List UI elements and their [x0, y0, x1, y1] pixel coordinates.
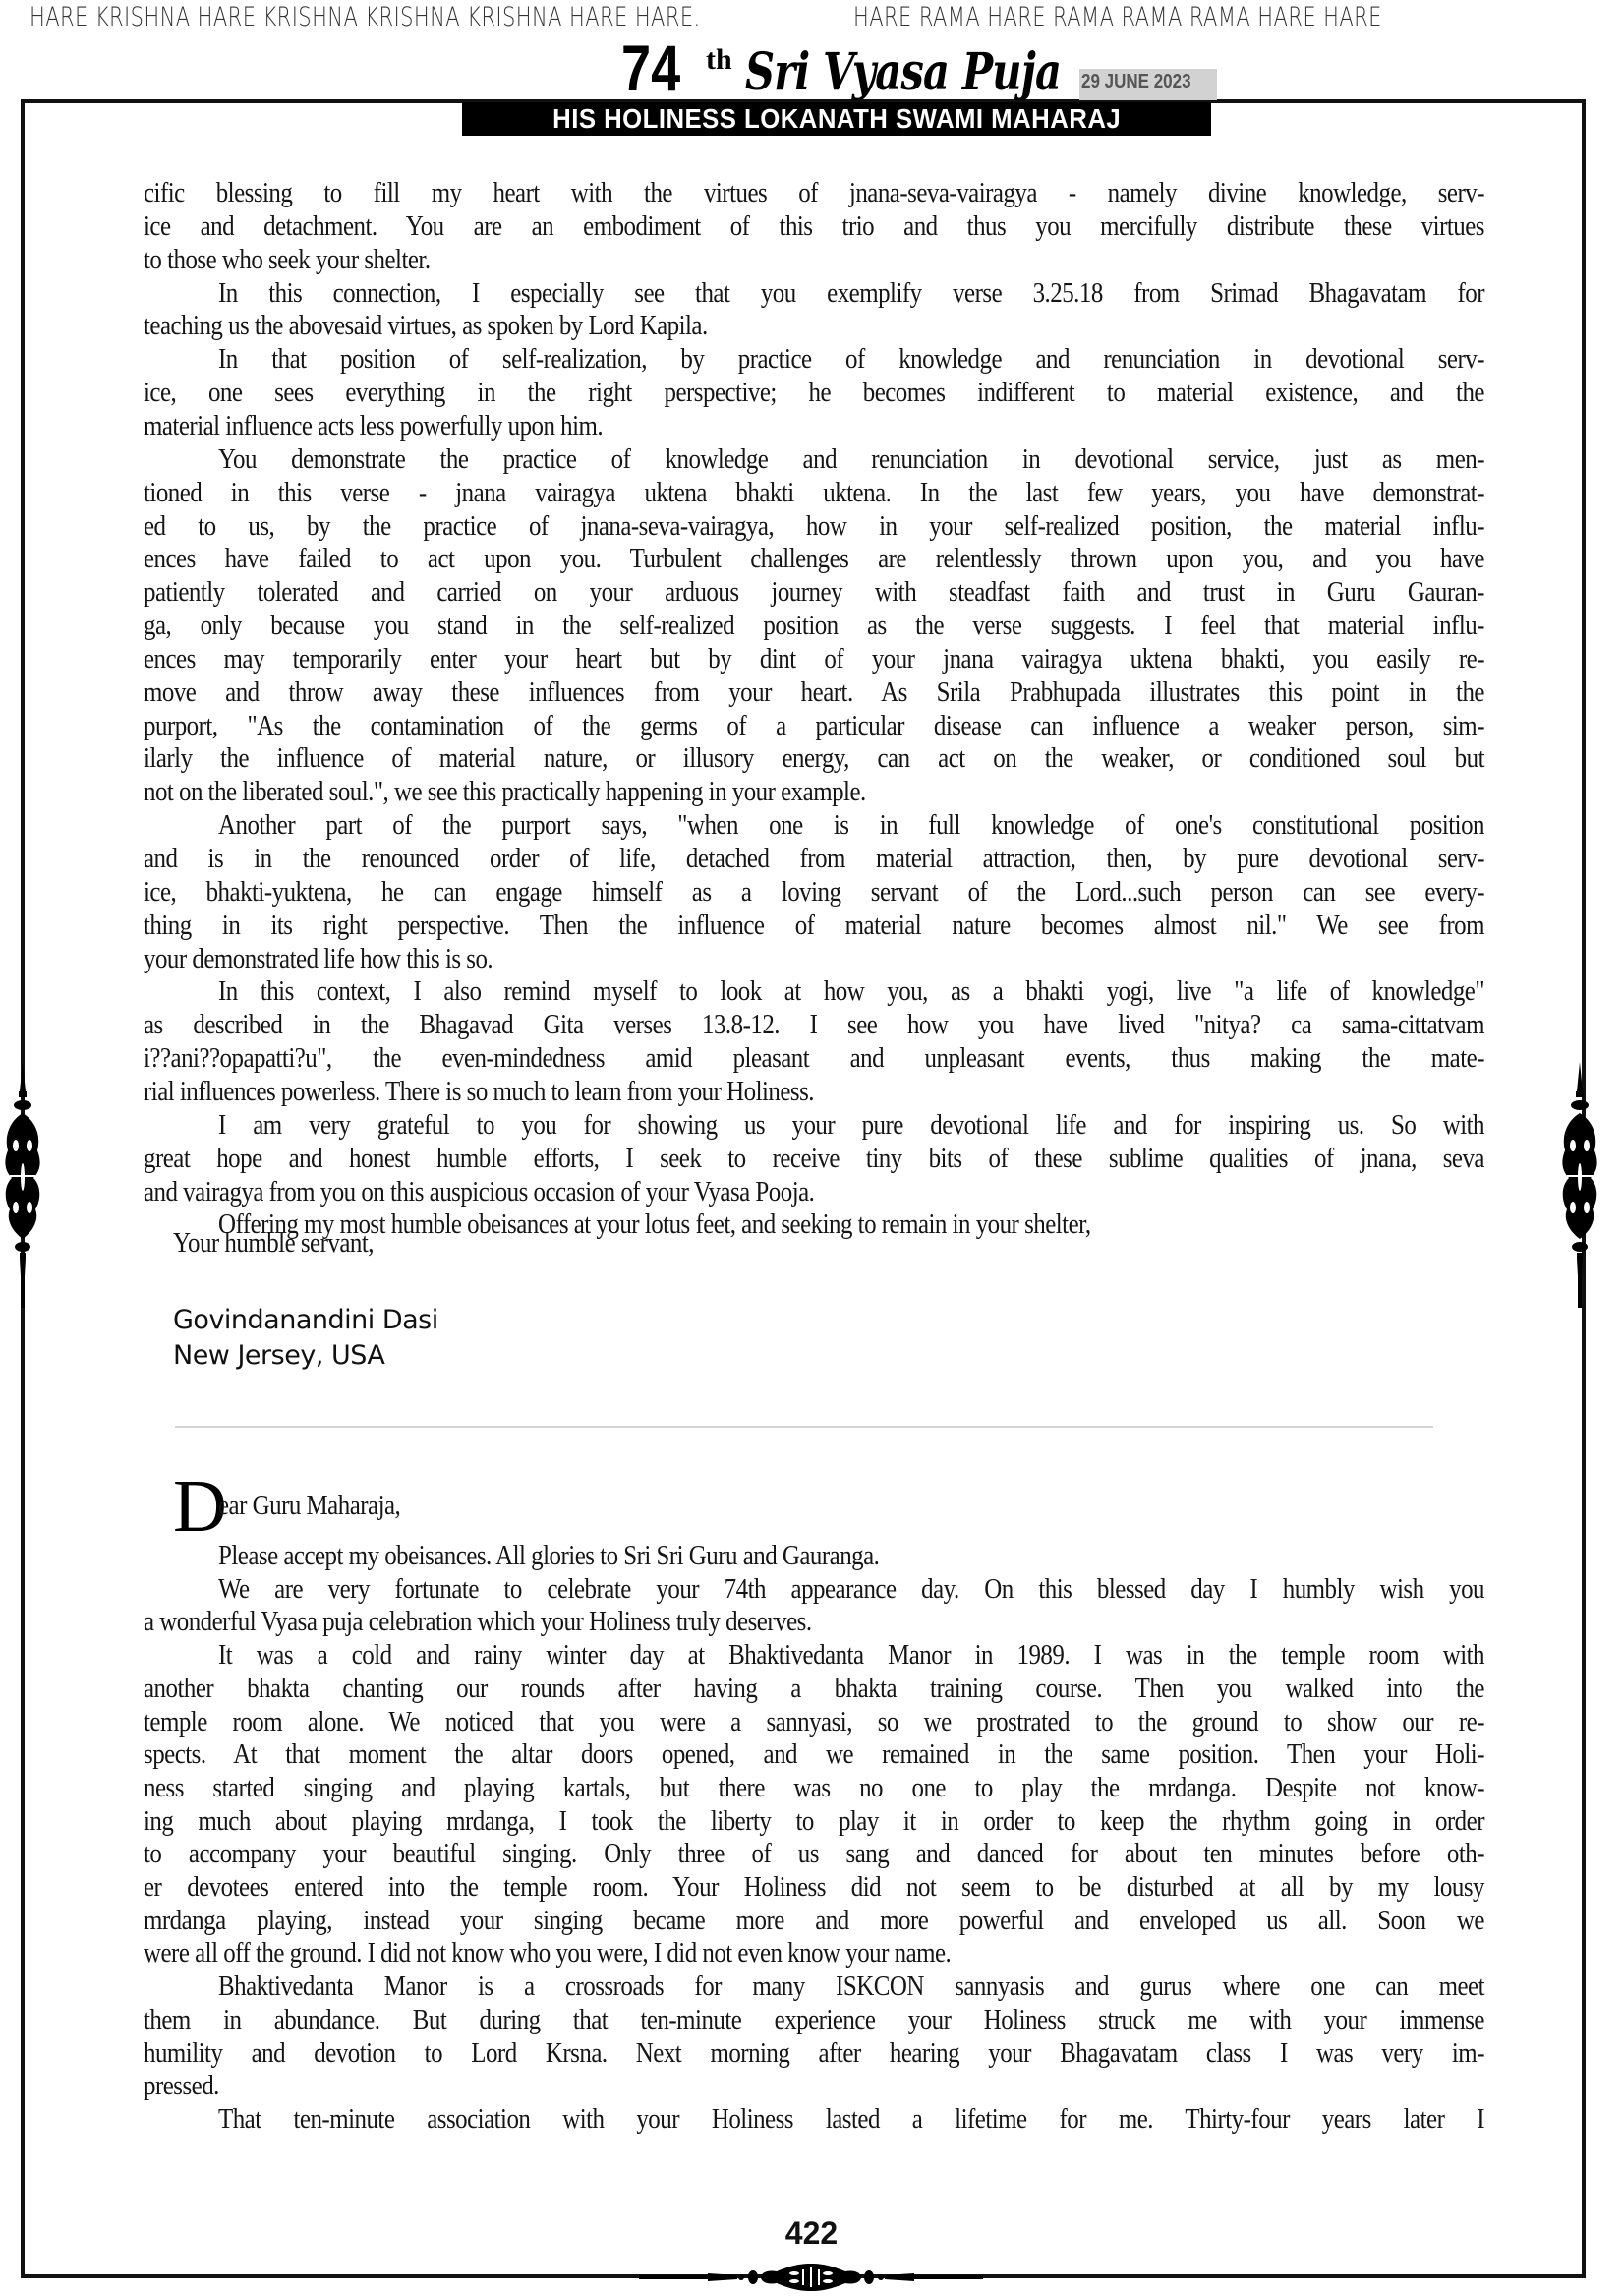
text-line-content: and is in the renounced order of life, d… — [144, 843, 1484, 875]
text-line-content: material influence acts less powerfully … — [144, 410, 603, 442]
text-line-content: Another part of the purport says, "when … — [218, 809, 1484, 842]
text-line: material influence acts less powerfully … — [144, 410, 1484, 443]
text-line: I am very grateful to you for showing us… — [218, 1109, 1484, 1143]
text-line-content: as described in the Bhagavad Gita verses… — [144, 1009, 1484, 1041]
text-line: them in abundance. But during that ten-m… — [144, 2004, 1484, 2037]
text-line-content: them in abundance. But during that ten-m… — [144, 2004, 1484, 2036]
text-line-content: Bhaktivedanta Manor is a crossroads for … — [218, 1971, 1484, 2003]
text-line: It was a cold and rainy winter day at Bh… — [218, 1639, 1484, 1673]
text-line-content: temple room alone. We noticed that you w… — [144, 1706, 1484, 1738]
text-line-content: We are very fortunate to celebrate your … — [218, 1573, 1484, 1606]
text-line: Another part of the purport says, "when … — [218, 809, 1484, 843]
text-line: i??ani??opapatti?u", the even-mindedness… — [144, 1042, 1484, 1076]
text-line-content: and vairagya from you on this auspicious… — [144, 1176, 814, 1208]
ornament-bottom-icon — [639, 2262, 983, 2293]
text-line-content: your demonstrated life how this is so. — [144, 943, 493, 975]
text-line: and vairagya from you on this auspicious… — [144, 1176, 1484, 1209]
text-line-content: ice and detachment. You are an embodimen… — [144, 210, 1484, 243]
text-line: ing much about playing mrdanga, I took t… — [144, 1805, 1484, 1839]
text-line: In that position of self-realization, by… — [218, 343, 1484, 377]
text-line: rial influences powerless. There is so m… — [144, 1076, 1484, 1109]
text-line: ice, one sees everything in the right pe… — [144, 377, 1484, 410]
page-number: 422 — [0, 2215, 1623, 2252]
text-line-content: ga, only because you stand in the self-r… — [144, 610, 1484, 642]
text-line-content: ing much about playing mrdanga, I took t… — [144, 1805, 1484, 1838]
text-line-content: er devotees entered into the temple room… — [144, 1871, 1484, 1904]
text-line: as described in the Bhagavad Gita verses… — [144, 1009, 1484, 1042]
text-line-content: patiently tolerated and carried on your … — [144, 576, 1484, 609]
text-line-content: ences may temporarily enter your heart b… — [144, 643, 1484, 676]
text-line: teaching us the abovesaid virtues, as sp… — [144, 310, 1484, 343]
text-line: another bhakta chanting our rounds after… — [144, 1673, 1484, 1706]
text-line: ice, bhakti-yuktena, he can engage himse… — [144, 876, 1484, 910]
mantra-right: HARE RAMA HARE RAMA RAMA RAMA HARE HARE — [853, 2, 1382, 32]
text-line-content: pressed. — [144, 2070, 219, 2102]
ornament-left-icon — [2, 1062, 43, 1308]
text-line: That ten-minute association with your Ho… — [218, 2103, 1484, 2137]
text-line: tioned in this verse - jnana vairagya uk… — [144, 477, 1484, 510]
text-line-content: rial influences powerless. There is so m… — [144, 1076, 814, 1108]
ornament-right-icon — [1559, 1062, 1600, 1308]
text-line-content: In that position of self-realization, by… — [218, 343, 1484, 376]
text-line-content: not on the liberated soul.", we see this… — [144, 776, 866, 808]
text-line-content: to accompany your beautiful singing. Onl… — [144, 1838, 1484, 1870]
text-line: er devotees entered into the temple room… — [144, 1871, 1484, 1905]
text-line-content: In this connection, I especially see tha… — [218, 277, 1484, 310]
text-line: thing in its right perspective. Then the… — [144, 910, 1484, 943]
text-line: not on the liberated soul.", we see this… — [144, 776, 1484, 809]
date-text: 29 JUNE 2023 — [1081, 71, 1191, 93]
text-line-content: thing in its right perspective. Then the… — [144, 910, 1484, 942]
mantra-header: HARE KRISHNA HARE KRISHNA KRISHNA KRISHN… — [0, 2, 1623, 31]
text-line-content: tioned in this verse - jnana vairagya uk… — [144, 477, 1484, 509]
text-line: pressed. — [144, 2070, 1484, 2103]
text-line: spects. At that moment the altar doors o… — [144, 1738, 1484, 1772]
letter-separator — [175, 1426, 1433, 1428]
text-line-content: It was a cold and rainy winter day at Bh… — [218, 1639, 1484, 1672]
text-line-content: another bhakta chanting our rounds after… — [144, 1673, 1484, 1705]
title-main: Sri Vyasa Puja — [745, 45, 1061, 100]
text-line-content: great hope and honest humble efforts, I … — [144, 1143, 1484, 1175]
text-line: a wonderful Vyasa puja celebration which… — [144, 1606, 1484, 1639]
text-line-content: ness started singing and playing kartals… — [144, 1772, 1484, 1804]
text-line-content: ice, bhakti-yuktena, he can engage himse… — [144, 876, 1484, 909]
text-line: purport, "As the contamination of the ge… — [144, 710, 1484, 743]
banner-text: HIS HOLINESS LOKANATH SWAMI MAHARAJ — [462, 104, 1211, 134]
text-line-content: spects. At that moment the altar doors o… — [144, 1738, 1484, 1771]
text-line: We are very fortunate to celebrate your … — [218, 1573, 1484, 1607]
text-line: You demonstrate the practice of knowledg… — [218, 443, 1484, 477]
text-line: mrdanga playing, instead your singing be… — [144, 1905, 1484, 1938]
text-line: ences may temporarily enter your heart b… — [144, 643, 1484, 677]
text-line: In this connection, I especially see tha… — [218, 277, 1484, 311]
salutation-text: ear Guru Maharaja, — [218, 1490, 400, 1522]
banner-label: HIS HOLINESS LOKANATH SWAMI MAHARAJ — [552, 104, 1121, 134]
text-line-content: cific blessing to fill my heart with the… — [144, 177, 1484, 209]
text-line: to accompany your beautiful singing. Onl… — [144, 1838, 1484, 1871]
text-line: great hope and honest humble efforts, I … — [144, 1143, 1484, 1176]
text-line: ilarly the influence of material nature,… — [144, 742, 1484, 776]
text-line-content: I am very grateful to you for showing us… — [218, 1109, 1484, 1142]
text-line: ed to us, by the practice of jnana-seva-… — [144, 510, 1484, 544]
text-line-content: humility and devotion to Lord Krsna. Nex… — [144, 2037, 1484, 2070]
banner: HIS HOLINESS LOKANATH SWAMI MAHARAJ — [462, 102, 1211, 136]
text-line-content: In this context, I also remind myself to… — [218, 975, 1484, 1008]
text-line: patiently tolerated and carried on your … — [144, 576, 1484, 610]
text-line: ness started singing and playing kartals… — [144, 1772, 1484, 1805]
text-line: cific blessing to fill my heart with the… — [144, 177, 1484, 210]
text-line-content: move and throw away these influences fro… — [144, 677, 1484, 709]
text-line-content: a wonderful Vyasa puja celebration which… — [144, 1606, 812, 1638]
signature-location: New Jersey, USA — [173, 1340, 384, 1371]
text-line-content: ilarly the influence of material nature,… — [144, 742, 1484, 775]
text-line: ga, only because you stand in the self-r… — [144, 610, 1484, 643]
text-line: were all off the ground. I did not know … — [144, 1937, 1484, 1971]
text-line: humility and devotion to Lord Krsna. Nex… — [144, 2037, 1484, 2071]
closing-line: Your humble servant, — [173, 1227, 1514, 1261]
text-line: to those who seek your shelter. — [144, 244, 1484, 277]
text-line-content: were all off the ground. I did not know … — [144, 1937, 951, 1970]
text-line-content: teaching us the abovesaid virtues, as sp… — [144, 310, 708, 342]
text-line-content: i??ani??opapatti?u", the even-mindedness… — [144, 1042, 1484, 1075]
text-line-content: mrdanga playing, instead your singing be… — [144, 1905, 1484, 1937]
text-line-content: ed to us, by the practice of jnana-seva-… — [144, 510, 1484, 543]
text-line: ences have failed to act upon you. Turbu… — [144, 543, 1484, 576]
title-suffix: th — [706, 43, 732, 77]
text-line: Please accept my obeisances. All glories… — [218, 1540, 1484, 1573]
text-line-content: ences have failed to act upon you. Turbu… — [144, 543, 1484, 575]
text-line: your demonstrated life how this is so. — [144, 943, 1484, 976]
text-line: move and throw away these influences fro… — [144, 677, 1484, 710]
text-line-content: That ten-minute association with your Ho… — [218, 2103, 1484, 2136]
text-line-content: to those who seek your shelter. — [144, 244, 431, 276]
text-line: Bhaktivedanta Manor is a crossroads for … — [218, 1971, 1484, 2004]
text-line-content: purport, "As the contamination of the ge… — [144, 710, 1484, 742]
text-line: ice and detachment. You are an embodimen… — [144, 210, 1484, 244]
text-line: and is in the renounced order of life, d… — [144, 843, 1484, 876]
closing-text: Your humble servant, — [173, 1227, 374, 1260]
text-line-content: You demonstrate the practice of knowledg… — [218, 443, 1484, 476]
text-line: In this context, I also remind myself to… — [218, 975, 1484, 1009]
text-line: temple room alone. We noticed that you w… — [144, 1706, 1484, 1739]
signature-name: Govindanandini Dasi — [173, 1305, 438, 1335]
text-line-content: Please accept my obeisances. All glories… — [218, 1540, 879, 1572]
title-number: 74 — [621, 35, 680, 100]
text-line-content: ice, one sees everything in the right pe… — [144, 377, 1484, 409]
mantra-left: HARE KRISHNA HARE KRISHNA KRISHNA KRISHN… — [29, 2, 701, 32]
salutation: ear Guru Maharaja, — [218, 1490, 1559, 1523]
